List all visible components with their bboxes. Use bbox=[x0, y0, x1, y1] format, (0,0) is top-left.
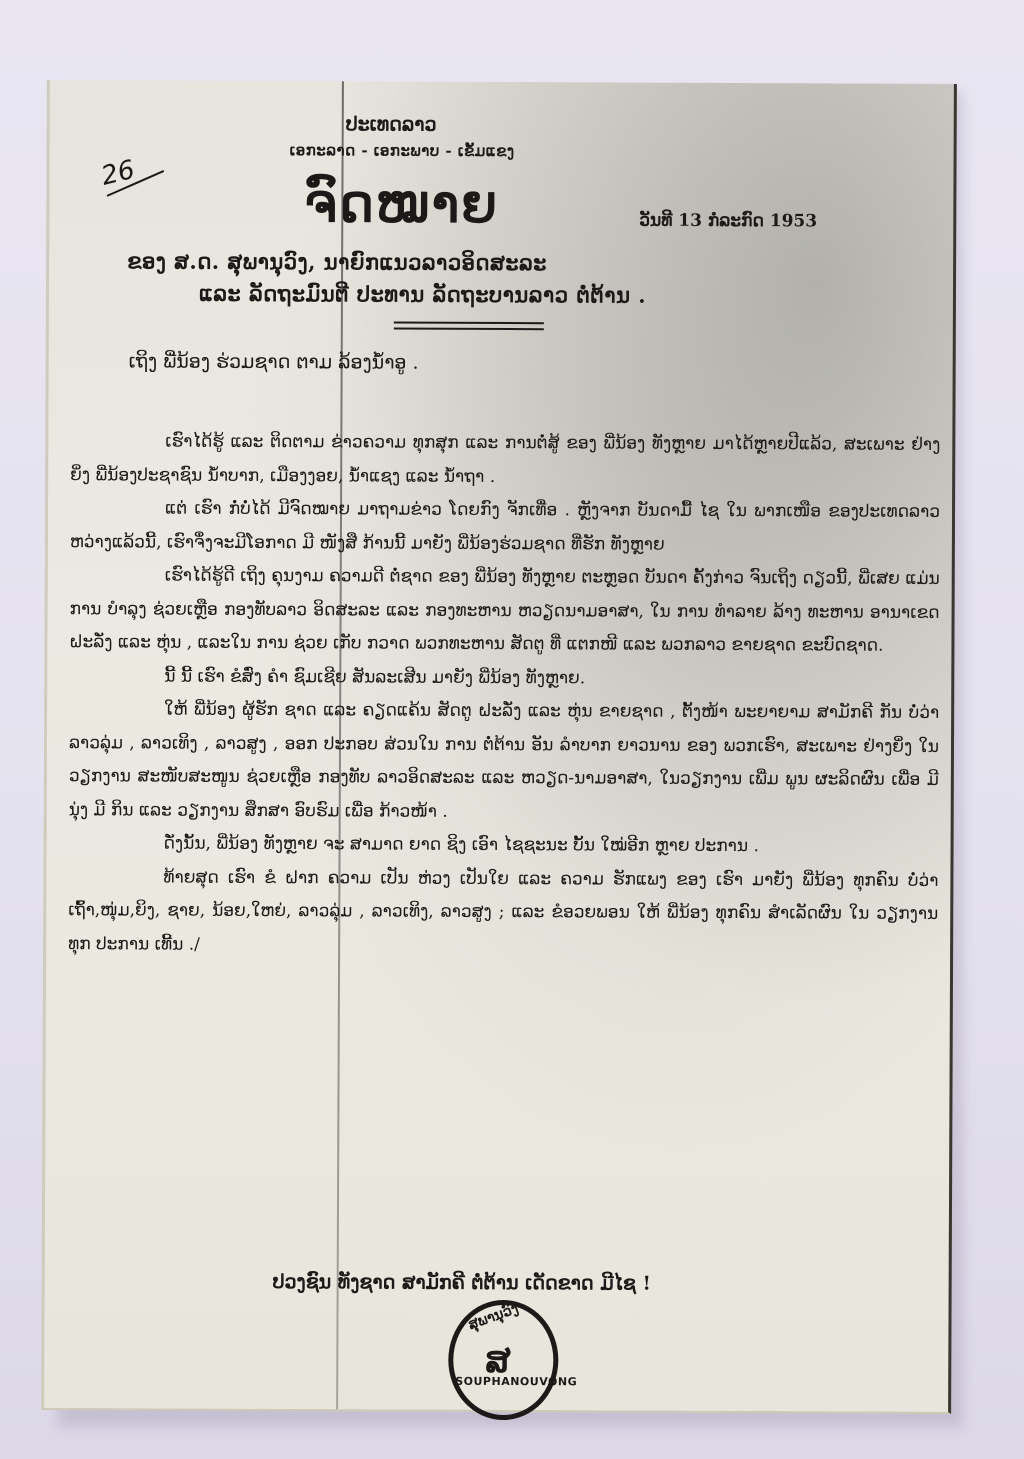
sender-line-1: ຂອງ ສ.ດ. ສຸພານຸວົງ, ນາຍົກແນວລາວອິດສະລະ bbox=[127, 248, 547, 275]
document-sheet: 26 ປະເທດລາວ ເອກະລາດ - ເອກະພາບ - ເຂັ້ມແຂງ… bbox=[41, 80, 957, 1414]
closing-slogan: ປວງຊົນ ທັງຊາດ ສາມັກຄີ ຕໍ່ຕ້ານ ເດັດຂາດ ມີ… bbox=[273, 1271, 651, 1295]
stamp-top-text: ສຸພານຸວົງ bbox=[466, 1301, 520, 1334]
document-title: ຈົດໝາຍ bbox=[304, 173, 499, 235]
sender-line-2: ແລະ ລັດຖະມົນຕີ ປະທານ ລັດຖະບານລາວ ຕໍ່ຕ້ານ… bbox=[199, 281, 646, 308]
document-date: ວັນທີ 13 ກໍລະກົດ 1953 bbox=[639, 211, 817, 232]
salutation: ເຖິງ ພີ່ນ້ອງ ຮ່ວມຊາດ ຕາມ ລ້ອງນໍ້າອູ . bbox=[129, 350, 419, 373]
paragraph: ເຮົາໄດ້ຮູ້ ແລະ ຕິດຕາມ ຂ່າວຄວາມ ທຸກສຸກ ແລ… bbox=[70, 425, 940, 496]
paragraph: ແຕ່ ເຮົາ ກໍ່ບໍ່ໄດ້ ມີຈົດໝາຍ ມາຖາມຂ່າວ ໂດ… bbox=[70, 492, 940, 563]
handwritten-page-number: 26 bbox=[98, 155, 137, 192]
paragraph: ດັ່ງນັ້ນ, ພີ່ນ້ອງ ທັງຫຼາຍ ຈະ ສາມາດ ຍາດ ຊ… bbox=[69, 827, 939, 864]
paragraph: ເຮົາໄດ້ຮູ້ດີ ເຖິງ ຄຸນງາມ ຄວາມດີ ຕໍ່ຊາດ ຂ… bbox=[69, 559, 939, 663]
official-seal-stamp: ສຸພານຸວົງ ສ SOUPHANOUVONG bbox=[448, 1300, 559, 1420]
national-motto: ເອກະລາດ - ເອກະພາບ - ເຂັ້ມແຂງ bbox=[290, 141, 515, 160]
stamp-ring-text: SOUPHANOUVONG bbox=[455, 1375, 555, 1388]
double-rule-divider bbox=[394, 322, 544, 331]
paragraph: ໃຫ້ ພີ່ນ້ອງ ຜູ້ຮັກ ຊາດ ແລະ ຄຽດແຄ້ນ ສັດຕູ… bbox=[69, 693, 940, 831]
country-name: ປະເທດລາວ bbox=[346, 113, 437, 135]
paragraph: ທ້າຍສຸດ ເຮົາ ຂໍ ຝາກ ຄວາມ ເປັນ ຫ່ວງ ເປັນໃ… bbox=[68, 861, 938, 965]
letter-body: ເຮົາໄດ້ຮູ້ ແລະ ຕິດຕາມ ຂ່າວຄວາມ ທຸກສຸກ ແລ… bbox=[68, 425, 940, 965]
paragraph: ນີ້ ນີ້ ເຮົາ ຂໍສົ່ງ ຄໍາ ຊົມເຊີຍ ສັນລະເສີ… bbox=[69, 660, 939, 697]
